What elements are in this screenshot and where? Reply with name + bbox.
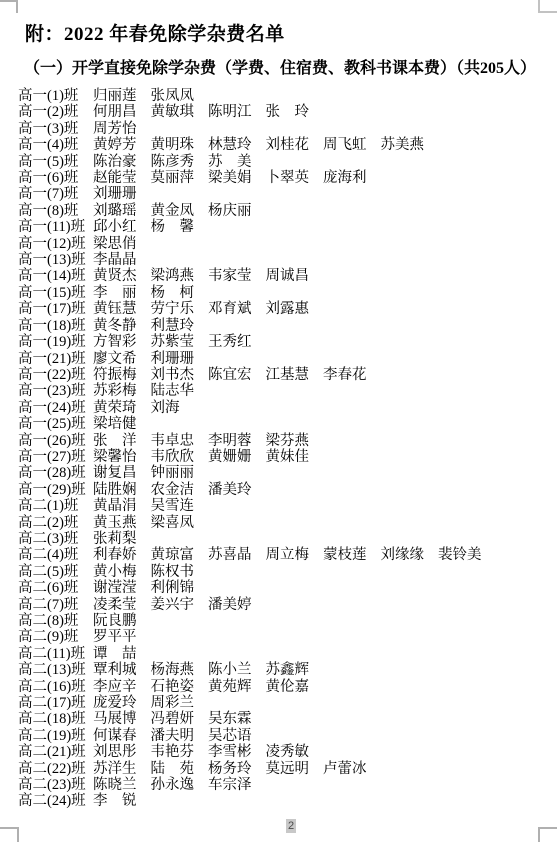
- student-name: 黄明珠: [151, 137, 209, 153]
- student-name: 陆 苑: [151, 761, 209, 777]
- roster-row: 高一(29)班陆胜娴农金洁潘美玲: [18, 482, 496, 498]
- roster-row: 高二(7)班凌柔莹姜兴宇潘美婷: [18, 597, 496, 613]
- student-name: 黄玉燕: [93, 515, 151, 531]
- student-name: 覃利城: [93, 662, 151, 678]
- student-name: 苏喜晶: [208, 547, 266, 563]
- student-name: 韦卓忠: [151, 433, 209, 449]
- student-name: 利春娇: [93, 547, 151, 563]
- student-name: 周飞虹: [323, 137, 381, 153]
- student-name: 石艳姿: [151, 679, 209, 695]
- student-name: 黄婷芳: [93, 137, 151, 153]
- roster-row: 高二(23)班陈晓兰孙永逸车宗泽: [18, 777, 496, 793]
- student-name: 韦家莹: [208, 268, 266, 284]
- class-label: 高二(19)班: [18, 728, 93, 744]
- student-name: 江基慧: [266, 367, 324, 383]
- student-name: 谭 喆: [93, 646, 151, 662]
- student-name: 杨庆丽: [208, 203, 266, 219]
- class-label: 高二(3)班: [18, 531, 93, 547]
- student-name: 卜翠英: [266, 170, 324, 186]
- crop-mark-top-left: [0, 0, 18, 13]
- student-name: 梁思俏: [93, 236, 151, 252]
- roster-row: 高二(5)班黄小梅陈权书: [18, 564, 496, 580]
- student-name: 姜兴宇: [151, 597, 209, 613]
- roster-row: 高一(5)班陈治豪陈彦秀苏 美: [18, 154, 496, 170]
- student-name: 陆志华: [151, 383, 209, 399]
- student-name: 黄琼富: [151, 547, 209, 563]
- student-name: 梁美娟: [208, 170, 266, 186]
- roster-row: 高一(23)班苏彩梅陆志华: [18, 383, 496, 399]
- student-name: 黄妹佳: [266, 449, 324, 465]
- student-name: 刘海: [151, 400, 209, 416]
- student-name: 苏鑫辉: [266, 662, 324, 678]
- roster-row: 高二(8)班阮良鹏: [18, 613, 496, 629]
- section-heading: （一）开学直接免除学杂费（学费、住宿费、教科书课本费）（共205人）: [24, 55, 536, 78]
- crop-mark-top-right: [538, 0, 557, 13]
- class-label: 高一(28)班: [18, 465, 93, 481]
- student-name: 刘露惠: [266, 301, 324, 317]
- student-name: 刘思彤: [93, 744, 151, 760]
- student-name: 李雪彬: [208, 744, 266, 760]
- student-name: 廖文希: [93, 351, 151, 367]
- student-name: 阮良鹏: [93, 613, 151, 629]
- student-name: 潘美玲: [208, 482, 266, 498]
- class-label: 高二(17)班: [18, 695, 93, 711]
- roster-row: 高二(21)班刘思彤韦艳芬李雪彬凌秀敏: [18, 744, 496, 760]
- student-name: 杨 柯: [151, 285, 209, 301]
- student-name: 凌秀敏: [266, 744, 324, 760]
- student-name: 吴芯语: [208, 728, 266, 744]
- class-label: 高二(4)班: [18, 547, 93, 563]
- roster-row: 高一(28)班谢复昌钟丽丽: [18, 465, 496, 481]
- student-name: 张 洋: [93, 433, 151, 449]
- student-name: 何朋昌: [93, 104, 151, 120]
- class-label: 高二(13)班: [18, 662, 93, 678]
- student-name: 方智彩: [93, 334, 151, 350]
- student-name: 车宗泽: [208, 777, 266, 793]
- page-number: 2: [286, 819, 296, 833]
- student-name: 李晶晶: [93, 252, 151, 268]
- class-label: 高二(16)班: [18, 679, 93, 695]
- student-name: 刘珊珊: [93, 186, 151, 202]
- student-name: 黄苑辉: [208, 679, 266, 695]
- student-name: 吴雪连: [151, 498, 209, 514]
- roster-row: 高一(6)班赵能莹莫丽萍梁美娟卜翠英庞海利: [18, 170, 496, 186]
- student-name: 刘璐瑶: [93, 203, 151, 219]
- student-name: 罗平平: [93, 629, 151, 645]
- student-name: 邱小红: [93, 219, 151, 235]
- student-name: 归丽莲: [93, 88, 151, 104]
- crop-mark-bottom-right: [538, 827, 557, 842]
- student-name: 周立梅: [266, 547, 324, 563]
- roster-row: 高二(13)班覃利城杨海燕陈小兰苏鑫辉: [18, 662, 496, 678]
- class-label: 高一(12)班: [18, 236, 93, 252]
- class-label: 高一(25)班: [18, 416, 93, 432]
- class-label: 高二(6)班: [18, 580, 93, 596]
- crop-mark-bottom-left: [0, 827, 19, 842]
- student-name: 苏紫莹: [151, 334, 209, 350]
- student-name: 梁芬燕: [266, 433, 324, 449]
- student-name: 符振梅: [93, 367, 151, 383]
- class-label: 高一(18)班: [18, 318, 93, 334]
- roster-row: 高一(3)班周芳怡: [18, 121, 496, 137]
- roster-row: 高二(24)班李 锐: [18, 793, 496, 809]
- class-label: 高二(22)班: [18, 761, 93, 777]
- roster-row: 高二(9)班罗平平: [18, 629, 496, 645]
- roster-row: 高一(19)班方智彩苏紫莹王秀红: [18, 334, 496, 350]
- student-name: 韦艳芬: [151, 744, 209, 760]
- student-name: 杨 馨: [151, 219, 209, 235]
- student-name: 周诚昌: [266, 268, 324, 284]
- student-name: 谢滢滢: [93, 580, 151, 596]
- student-name: 陈晓兰: [93, 777, 151, 793]
- student-name: 黄金凤: [151, 203, 209, 219]
- student-name: 梁馨怡: [93, 449, 151, 465]
- class-label: 高二(7)班: [18, 597, 93, 613]
- student-name: 莫远明: [266, 761, 324, 777]
- roster-row: 高一(11)班邱小红杨 馨: [18, 219, 496, 235]
- student-name: 钟丽丽: [151, 465, 209, 481]
- student-name: 黄冬静: [93, 318, 151, 334]
- student-name: 黄荣琦: [93, 400, 151, 416]
- student-name: 陈宜宏: [208, 367, 266, 383]
- class-label: 高二(8)班: [18, 613, 93, 629]
- class-label: 高二(21)班: [18, 744, 93, 760]
- class-label: 高一(13)班: [18, 252, 93, 268]
- roster-row: 高一(27)班梁馨怡韦欣欣黄姗姗黄妹佳: [18, 449, 496, 465]
- class-label: 高二(2)班: [18, 515, 93, 531]
- class-label: 高一(14)班: [18, 268, 93, 284]
- roster-row: 高一(18)班黄冬静利慧玲: [18, 318, 496, 334]
- student-name: 李应辛: [93, 679, 151, 695]
- roster-row: 高一(13)班李晶晶: [18, 252, 496, 268]
- student-name: 林慧玲: [208, 137, 266, 153]
- roster-row: 高二(22)班苏洋生陆 苑杨务玲莫远明卢蕾冰: [18, 761, 496, 777]
- roster-row: 高一(14)班黄贤杰梁鸿燕韦家莹周诚昌: [18, 268, 496, 284]
- student-name: 裴铃美: [438, 547, 496, 563]
- class-label: 高二(24)班: [18, 793, 93, 809]
- student-name: 刘书杰: [151, 367, 209, 383]
- roster-row: 高二(19)班何谋春潘夫明吴芯语: [18, 728, 496, 744]
- roster-row: 高一(4)班黄婷芳黄明珠林慧玲刘桂花周飞虹苏美燕: [18, 137, 496, 153]
- student-name: 利俐锦: [151, 580, 209, 596]
- student-name: 刘缘缘: [381, 547, 439, 563]
- roster-row: 高一(17)班黄钰慧劳宁乐邓育斌刘露惠: [18, 301, 496, 317]
- class-label: 高一(6)班: [18, 170, 93, 186]
- student-name: 黄小梅: [93, 564, 151, 580]
- student-name: 何谋春: [93, 728, 151, 744]
- roster-row: 高一(8)班刘璐瑶黄金凤杨庆丽: [18, 203, 496, 219]
- student-name: 冯碧妍: [151, 711, 209, 727]
- student-name: 陈权书: [151, 564, 209, 580]
- student-name: 陆胜娴: [93, 482, 151, 498]
- class-label: 高一(27)班: [18, 449, 93, 465]
- roster-row: 高一(25)班梁培健: [18, 416, 496, 432]
- roster-row: 高一(7)班刘珊珊: [18, 186, 496, 202]
- roster-row: 高二(16)班李应辛石艳姿黄苑辉黄伦嘉: [18, 679, 496, 695]
- student-name: 周彩兰: [151, 695, 209, 711]
- student-name: 马展博: [93, 711, 151, 727]
- student-name: 黄姗姗: [208, 449, 266, 465]
- student-name: 庞海利: [323, 170, 381, 186]
- class-label: 高一(21)班: [18, 351, 93, 367]
- student-name: 陈小兰: [208, 662, 266, 678]
- student-name: 陈明江: [208, 104, 266, 120]
- class-label: 高一(8)班: [18, 203, 93, 219]
- student-name: 梁喜凤: [151, 515, 209, 531]
- class-label: 高二(5)班: [18, 564, 93, 580]
- class-label: 高一(22)班: [18, 367, 93, 383]
- student-name: 谢复昌: [93, 465, 151, 481]
- roster-row: 高一(12)班梁思俏: [18, 236, 496, 252]
- student-name: 蒙枝莲: [323, 547, 381, 563]
- roster-row: 高一(21)班廖文希利珊珊: [18, 351, 496, 367]
- student-name: 李明蓉: [208, 433, 266, 449]
- student-name: 黄钰慧: [93, 301, 151, 317]
- student-name: 黄敏琪: [151, 104, 209, 120]
- student-name: 张 玲: [266, 104, 324, 120]
- class-label: 高二(18)班: [18, 711, 93, 727]
- roster-row: 高一(24)班黄荣琦刘海: [18, 400, 496, 416]
- roster-row: 高一(15)班李 丽杨 柯: [18, 285, 496, 301]
- class-label: 高一(23)班: [18, 383, 93, 399]
- student-name: 张莉梨: [93, 531, 151, 547]
- class-label: 高一(11)班: [18, 219, 93, 235]
- roster-row: 高二(1)班黄晶涓吴雪连: [18, 498, 496, 514]
- class-label: 高二(23)班: [18, 777, 93, 793]
- student-name: 苏 美: [208, 154, 266, 170]
- roster-row: 高二(18)班马展博冯碧妍吴东霖: [18, 711, 496, 727]
- class-label: 高一(4)班: [18, 137, 93, 153]
- student-name: 潘夫明: [151, 728, 209, 744]
- class-label: 高一(19)班: [18, 334, 93, 350]
- roster-list: 高一(1)班归丽莲张凤凤高一(2)班何朋昌黄敏琪陈明江张 玲高一(3)班周芳怡高…: [18, 88, 496, 810]
- student-name: 梁鸿燕: [151, 268, 209, 284]
- class-label: 高二(1)班: [18, 498, 93, 514]
- student-name: 李 丽: [93, 285, 151, 301]
- class-label: 高一(26)班: [18, 433, 93, 449]
- student-name: 潘美婷: [208, 597, 266, 613]
- student-name: 赵能莹: [93, 170, 151, 186]
- roster-row: 高二(3)班张莉梨: [18, 531, 496, 547]
- student-name: 黄晶涓: [93, 498, 151, 514]
- student-name: 苏洋生: [93, 761, 151, 777]
- student-name: 李 锐: [93, 793, 151, 809]
- class-label: 高一(15)班: [18, 285, 93, 301]
- student-name: 黄伦嘉: [266, 679, 324, 695]
- student-name: 杨务玲: [208, 761, 266, 777]
- class-label: 高一(1)班: [18, 88, 93, 104]
- student-name: 莫丽萍: [151, 170, 209, 186]
- class-label: 高一(2)班: [18, 104, 93, 120]
- roster-row: 高一(22)班符振梅刘书杰陈宜宏江基慧李春花: [18, 367, 496, 383]
- roster-row: 高二(17)班庞爱玲周彩兰: [18, 695, 496, 711]
- student-name: 凌柔莹: [93, 597, 151, 613]
- student-name: 陈彦秀: [151, 154, 209, 170]
- class-label: 高一(24)班: [18, 400, 93, 416]
- student-name: 利慧玲: [151, 318, 209, 334]
- student-name: 农金洁: [151, 482, 209, 498]
- class-label: 高一(5)班: [18, 154, 93, 170]
- class-label: 高二(11)班: [18, 646, 93, 662]
- student-name: 孙永逸: [151, 777, 209, 793]
- student-name: 利珊珊: [151, 351, 209, 367]
- student-name: 周芳怡: [93, 121, 151, 137]
- student-name: 李春花: [323, 367, 381, 383]
- student-name: 王秀红: [208, 334, 266, 350]
- roster-row: 高一(1)班归丽莲张凤凤: [18, 88, 496, 104]
- class-label: 高二(9)班: [18, 629, 93, 645]
- roster-row: 高二(4)班利春娇黄琼富苏喜晶周立梅蒙枝莲刘缘缘裴铃美: [18, 547, 496, 563]
- roster-row: 高二(2)班黄玉燕梁喜凤: [18, 515, 496, 531]
- student-name: 庞爱玲: [93, 695, 151, 711]
- student-name: 吴东霖: [208, 711, 266, 727]
- student-name: 刘桂花: [266, 137, 324, 153]
- student-name: 杨海燕: [151, 662, 209, 678]
- roster-row: 高二(6)班谢滢滢利俐锦: [18, 580, 496, 596]
- student-name: 韦欣欣: [151, 449, 209, 465]
- student-name: 苏美燕: [381, 137, 439, 153]
- student-name: 梁培健: [93, 416, 151, 432]
- roster-row: 高一(2)班何朋昌黄敏琪陈明江张 玲: [18, 104, 496, 120]
- class-label: 高一(3)班: [18, 121, 93, 137]
- class-label: 高一(17)班: [18, 301, 93, 317]
- student-name: 陈治豪: [93, 154, 151, 170]
- document-title: 附：2022 年春免除学杂费名单: [25, 19, 285, 46]
- student-name: 邓育斌: [208, 301, 266, 317]
- student-name: 张凤凤: [151, 88, 209, 104]
- student-name: 苏彩梅: [93, 383, 151, 399]
- class-label: 高一(29)班: [18, 482, 93, 498]
- student-name: 劳宁乐: [151, 301, 209, 317]
- class-label: 高一(7)班: [18, 186, 93, 202]
- roster-row: 高二(11)班谭 喆: [18, 646, 496, 662]
- student-name: 卢蕾冰: [323, 761, 381, 777]
- roster-row: 高一(26)班张 洋韦卓忠李明蓉梁芬燕: [18, 433, 496, 449]
- student-name: 黄贤杰: [93, 268, 151, 284]
